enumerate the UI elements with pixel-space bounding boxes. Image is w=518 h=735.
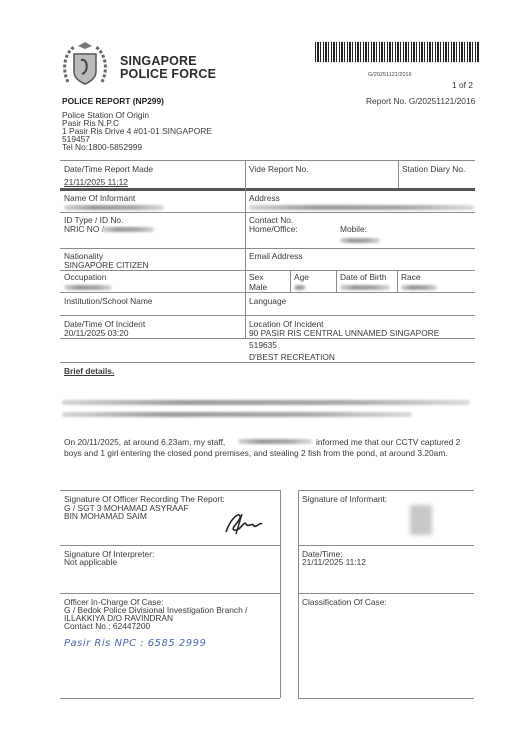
officer-signature <box>222 510 268 536</box>
nationality-value: SINGAPORE CITIZEN <box>64 260 149 270</box>
datetime-made-label: Date/Time Report Made <box>64 164 153 174</box>
address-label: Address <box>249 193 280 203</box>
interpreter-value: Not applicable <box>64 557 117 567</box>
incident-location-line3: D'BEST RECREATION <box>249 352 335 362</box>
classification-label: Classification Of Case: <box>302 597 387 607</box>
redacted-id-number <box>102 227 154 232</box>
dob-label: Date of Birth <box>340 272 387 282</box>
page-indicator: 1 of 2 <box>452 80 473 90</box>
redacted-staff-name <box>238 439 312 444</box>
informant-name-label: Name Of Informant <box>64 193 135 203</box>
informant-signature-label: Signature of Informant: <box>302 494 387 504</box>
home-office-label: Home/Office: <box>249 224 298 234</box>
redacted-mobile <box>340 238 380 243</box>
redacted-details-line1 <box>62 400 470 405</box>
race-label: Race <box>401 272 421 282</box>
report-title: POLICE REPORT (NP299) <box>62 96 164 106</box>
station-tel: Tel No:1800-5852999 <box>62 142 142 152</box>
redacted-informant-signature <box>410 505 432 535</box>
handwritten-note: Pasir Ris NPC : 6585 2999 <box>64 638 206 649</box>
report-number: Report No. G/20251121/2016 <box>366 96 475 106</box>
vide-report-label: Vide Report No. <box>249 164 308 174</box>
police-crest-icon <box>60 42 110 90</box>
redacted-age <box>294 285 306 290</box>
datetime-value: 21/11/2025 11:12 <box>302 557 366 567</box>
incident-location-line1: 90 PASIR RIS CENTRAL UNNAMED SINGAPORE <box>249 328 439 338</box>
mobile-label: Mobile: <box>340 224 367 234</box>
sex-label: Sex <box>249 272 263 282</box>
oic-contact: Contact No.: 62447200 <box>64 621 150 631</box>
id-type-value: NRIC NO / <box>64 224 104 234</box>
redacted-race <box>401 285 437 290</box>
details-line1-b: informed me that our CCTV captured 2 <box>316 437 460 447</box>
details-line1-a: On 20/11/2025, at around 6.23am, my staf… <box>64 437 225 447</box>
redacted-dob <box>340 285 390 290</box>
brand-line2: POLICE FORCE <box>120 68 216 81</box>
brief-details-heading: Brief details. <box>64 366 114 376</box>
occupation-label: Occupation <box>64 272 106 282</box>
officer-name-line2: BIN MOHAMAD SAIM <box>64 511 147 521</box>
incident-datetime-value: 20/11/2025 03:20 <box>64 328 129 338</box>
language-label: Language <box>249 296 286 306</box>
barcode <box>315 42 480 62</box>
datetime-made-value: 21/11/2025 11:12 <box>64 177 128 187</box>
institution-label: Institution/School Name <box>64 296 152 306</box>
redacted-address <box>249 205 474 210</box>
sex-value: Male <box>249 282 267 292</box>
redacted-informant-name <box>64 205 164 210</box>
email-label: Email Address <box>249 251 303 261</box>
redacted-details-line2 <box>62 412 412 417</box>
station-diary-label: Station Diary No. <box>402 164 465 174</box>
details-line2: boys and 1 girl entering the closed pond… <box>64 448 448 458</box>
redacted-occupation <box>64 285 112 290</box>
incident-location-line2: 519635 <box>249 340 277 350</box>
barcode-text: G/20251121/2016 <box>368 72 412 78</box>
age-label: Age <box>294 272 309 282</box>
